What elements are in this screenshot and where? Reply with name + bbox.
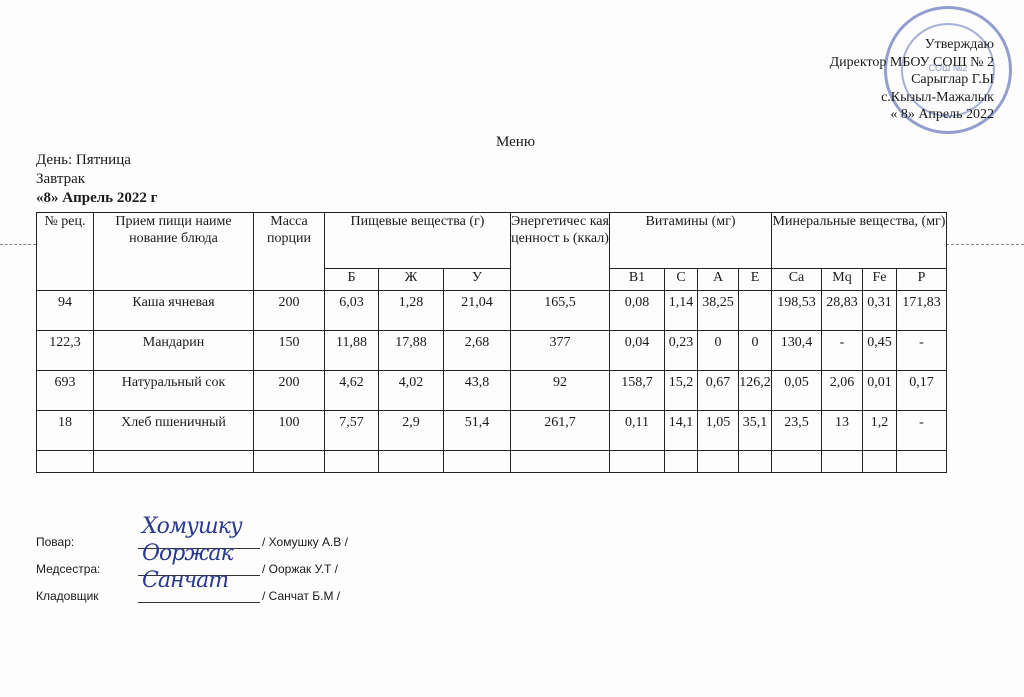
cell-fe: 0,45 bbox=[863, 331, 897, 371]
cell-mass: 150 bbox=[254, 331, 325, 371]
menu-table: № рец. Прием пищи наиме нование блюда Ма… bbox=[36, 212, 947, 473]
cell-dish: Каша ячневая bbox=[94, 291, 254, 331]
meal-label: Завтрак bbox=[36, 171, 85, 188]
cell-dish: Натуральный сок bbox=[94, 371, 254, 411]
cell-a: 0 bbox=[698, 331, 739, 371]
cell-fe: 0,01 bbox=[863, 371, 897, 411]
signature-role: Повар: bbox=[36, 535, 138, 549]
cell-mg: 28,83 bbox=[822, 291, 863, 331]
cell-b: 11,88 bbox=[325, 331, 379, 371]
cell-dish: Мандарин bbox=[94, 331, 254, 371]
signature-name: / Ооржак У.Т / bbox=[262, 562, 338, 576]
scan-artifact-line bbox=[0, 244, 36, 245]
signature-role: Кладовщик bbox=[36, 589, 138, 603]
cell-b: 4,62 bbox=[325, 371, 379, 411]
cell-mg: 13 bbox=[822, 411, 863, 451]
approval-line: с.Кызыл-Мажалык bbox=[830, 89, 994, 107]
signatures: Повар:Хомушку/ Хомушку А.В /Медсестра:Оо… bbox=[36, 522, 436, 603]
cell-fe: 1,2 bbox=[863, 411, 897, 451]
approval-line: Утверждаю bbox=[830, 36, 994, 54]
cell-recipe-no: 122,3 bbox=[37, 331, 94, 371]
cell-ca: 0,05 bbox=[772, 371, 822, 411]
subheader-a: A bbox=[698, 269, 739, 291]
cell-a: 38,25 bbox=[698, 291, 739, 331]
signature-row: КладовщикСанчат/ Санчат Б.М / bbox=[36, 576, 436, 603]
cell-c: 0,23 bbox=[665, 331, 698, 371]
subheader-e: E bbox=[739, 269, 772, 291]
approval-line: Директор МБОУ СОШ № 2 bbox=[830, 54, 994, 72]
table-row: 94Каша ячневая2006,031,2821,04165,50,081… bbox=[37, 291, 947, 331]
cell-e: 0 bbox=[739, 331, 772, 371]
header-mass: Масса порции bbox=[254, 213, 325, 291]
cell-b: 6,03 bbox=[325, 291, 379, 331]
subheader-fe: Fe bbox=[863, 269, 897, 291]
approval-block: Утверждаю Директор МБОУ СОШ № 2 Сарыглар… bbox=[830, 36, 994, 124]
cell-e: 126,2 bbox=[739, 371, 772, 411]
cell-mg: - bbox=[822, 331, 863, 371]
cell-e bbox=[739, 291, 772, 331]
header-energy: Энергетичес кая ценност ь (ккал) bbox=[511, 213, 610, 291]
cell-b: 7,57 bbox=[325, 411, 379, 451]
cell-b1: 0,08 bbox=[610, 291, 665, 331]
cell-p: - bbox=[897, 331, 947, 371]
subheader-protein: Б bbox=[325, 269, 379, 291]
cell-recipe-no: 18 bbox=[37, 411, 94, 451]
cell-mass: 200 bbox=[254, 291, 325, 331]
table-row: 693Натуральный сок2004,624,0243,892158,7… bbox=[37, 371, 947, 411]
signature-name: / Санчат Б.М / bbox=[262, 589, 340, 603]
cell-b1: 158,7 bbox=[610, 371, 665, 411]
cell-b1: 0,04 bbox=[610, 331, 665, 371]
handwritten-signature: Хомушку bbox=[142, 514, 242, 539]
cell-energy: 261,7 bbox=[511, 411, 610, 451]
cell-zh: 4,02 bbox=[379, 371, 444, 411]
table-row: 122,3Мандарин15011,8817,882,683770,040,2… bbox=[37, 331, 947, 371]
handwritten-signature: Ооржак bbox=[142, 541, 233, 566]
cell-energy: 165,5 bbox=[511, 291, 610, 331]
page-title: Меню bbox=[496, 134, 535, 151]
subheader-carbs: У bbox=[444, 269, 511, 291]
day-label: День: Пятница bbox=[36, 152, 131, 169]
cell-mass: 200 bbox=[254, 371, 325, 411]
cell-c: 15,2 bbox=[665, 371, 698, 411]
cell-c: 1,14 bbox=[665, 291, 698, 331]
subheader-ca: Ca bbox=[772, 269, 822, 291]
approval-line: « 8» Апрель 2022 bbox=[830, 106, 994, 124]
empty-row bbox=[37, 451, 947, 473]
signature-name: / Хомушку А.В / bbox=[262, 535, 348, 549]
header-nutrients: Пищевые вещества (г) bbox=[325, 213, 511, 269]
cell-zh: 1,28 bbox=[379, 291, 444, 331]
cell-recipe-no: 693 bbox=[37, 371, 94, 411]
signature-row: Повар:Хомушку/ Хомушку А.В / bbox=[36, 522, 436, 549]
subheader-b1: B1 bbox=[610, 269, 665, 291]
cell-recipe-no: 94 bbox=[37, 291, 94, 331]
subheader-mg: Mq bbox=[822, 269, 863, 291]
cell-ca: 198,53 bbox=[772, 291, 822, 331]
cell-a: 1,05 bbox=[698, 411, 739, 451]
table-row: 18Хлеб пшеничный1007,572,951,4261,70,111… bbox=[37, 411, 947, 451]
cell-ca: 130,4 bbox=[772, 331, 822, 371]
header-minerals: Минеральные вещества, (мг) bbox=[772, 213, 947, 269]
header-vitamins: Витамины (мг) bbox=[610, 213, 772, 269]
cell-mass: 100 bbox=[254, 411, 325, 451]
cell-ca: 23,5 bbox=[772, 411, 822, 451]
cell-p: 171,83 bbox=[897, 291, 947, 331]
date-label: «8» Апрель 2022 г bbox=[36, 190, 157, 207]
cell-zh: 17,88 bbox=[379, 331, 444, 371]
cell-u: 21,04 bbox=[444, 291, 511, 331]
signature-line: Санчат bbox=[138, 586, 260, 603]
subheader-fat: Ж bbox=[379, 269, 444, 291]
subheader-p: P bbox=[897, 269, 947, 291]
scan-artifact-line bbox=[946, 244, 1024, 245]
header-dish: Прием пищи наиме нование блюда bbox=[94, 213, 254, 291]
signature-row: Медсестра:Ооржак/ Ооржак У.Т / bbox=[36, 549, 436, 576]
subheader-c: C bbox=[665, 269, 698, 291]
handwritten-signature: Санчат bbox=[142, 568, 228, 593]
cell-u: 43,8 bbox=[444, 371, 511, 411]
cell-a: 0,67 bbox=[698, 371, 739, 411]
cell-p: 0,17 bbox=[897, 371, 947, 411]
cell-p: - bbox=[897, 411, 947, 451]
cell-u: 2,68 bbox=[444, 331, 511, 371]
cell-c: 14,1 bbox=[665, 411, 698, 451]
cell-fe: 0,31 bbox=[863, 291, 897, 331]
cell-energy: 92 bbox=[511, 371, 610, 411]
cell-energy: 377 bbox=[511, 331, 610, 371]
header-recipe-no: № рец. bbox=[37, 213, 94, 291]
cell-zh: 2,9 bbox=[379, 411, 444, 451]
cell-b1: 0,11 bbox=[610, 411, 665, 451]
approval-line: Сарыглар Г.Ы bbox=[830, 71, 994, 89]
cell-u: 51,4 bbox=[444, 411, 511, 451]
cell-e: 35,1 bbox=[739, 411, 772, 451]
signature-role: Медсестра: bbox=[36, 562, 138, 576]
cell-dish: Хлеб пшеничный bbox=[94, 411, 254, 451]
cell-mg: 2,06 bbox=[822, 371, 863, 411]
